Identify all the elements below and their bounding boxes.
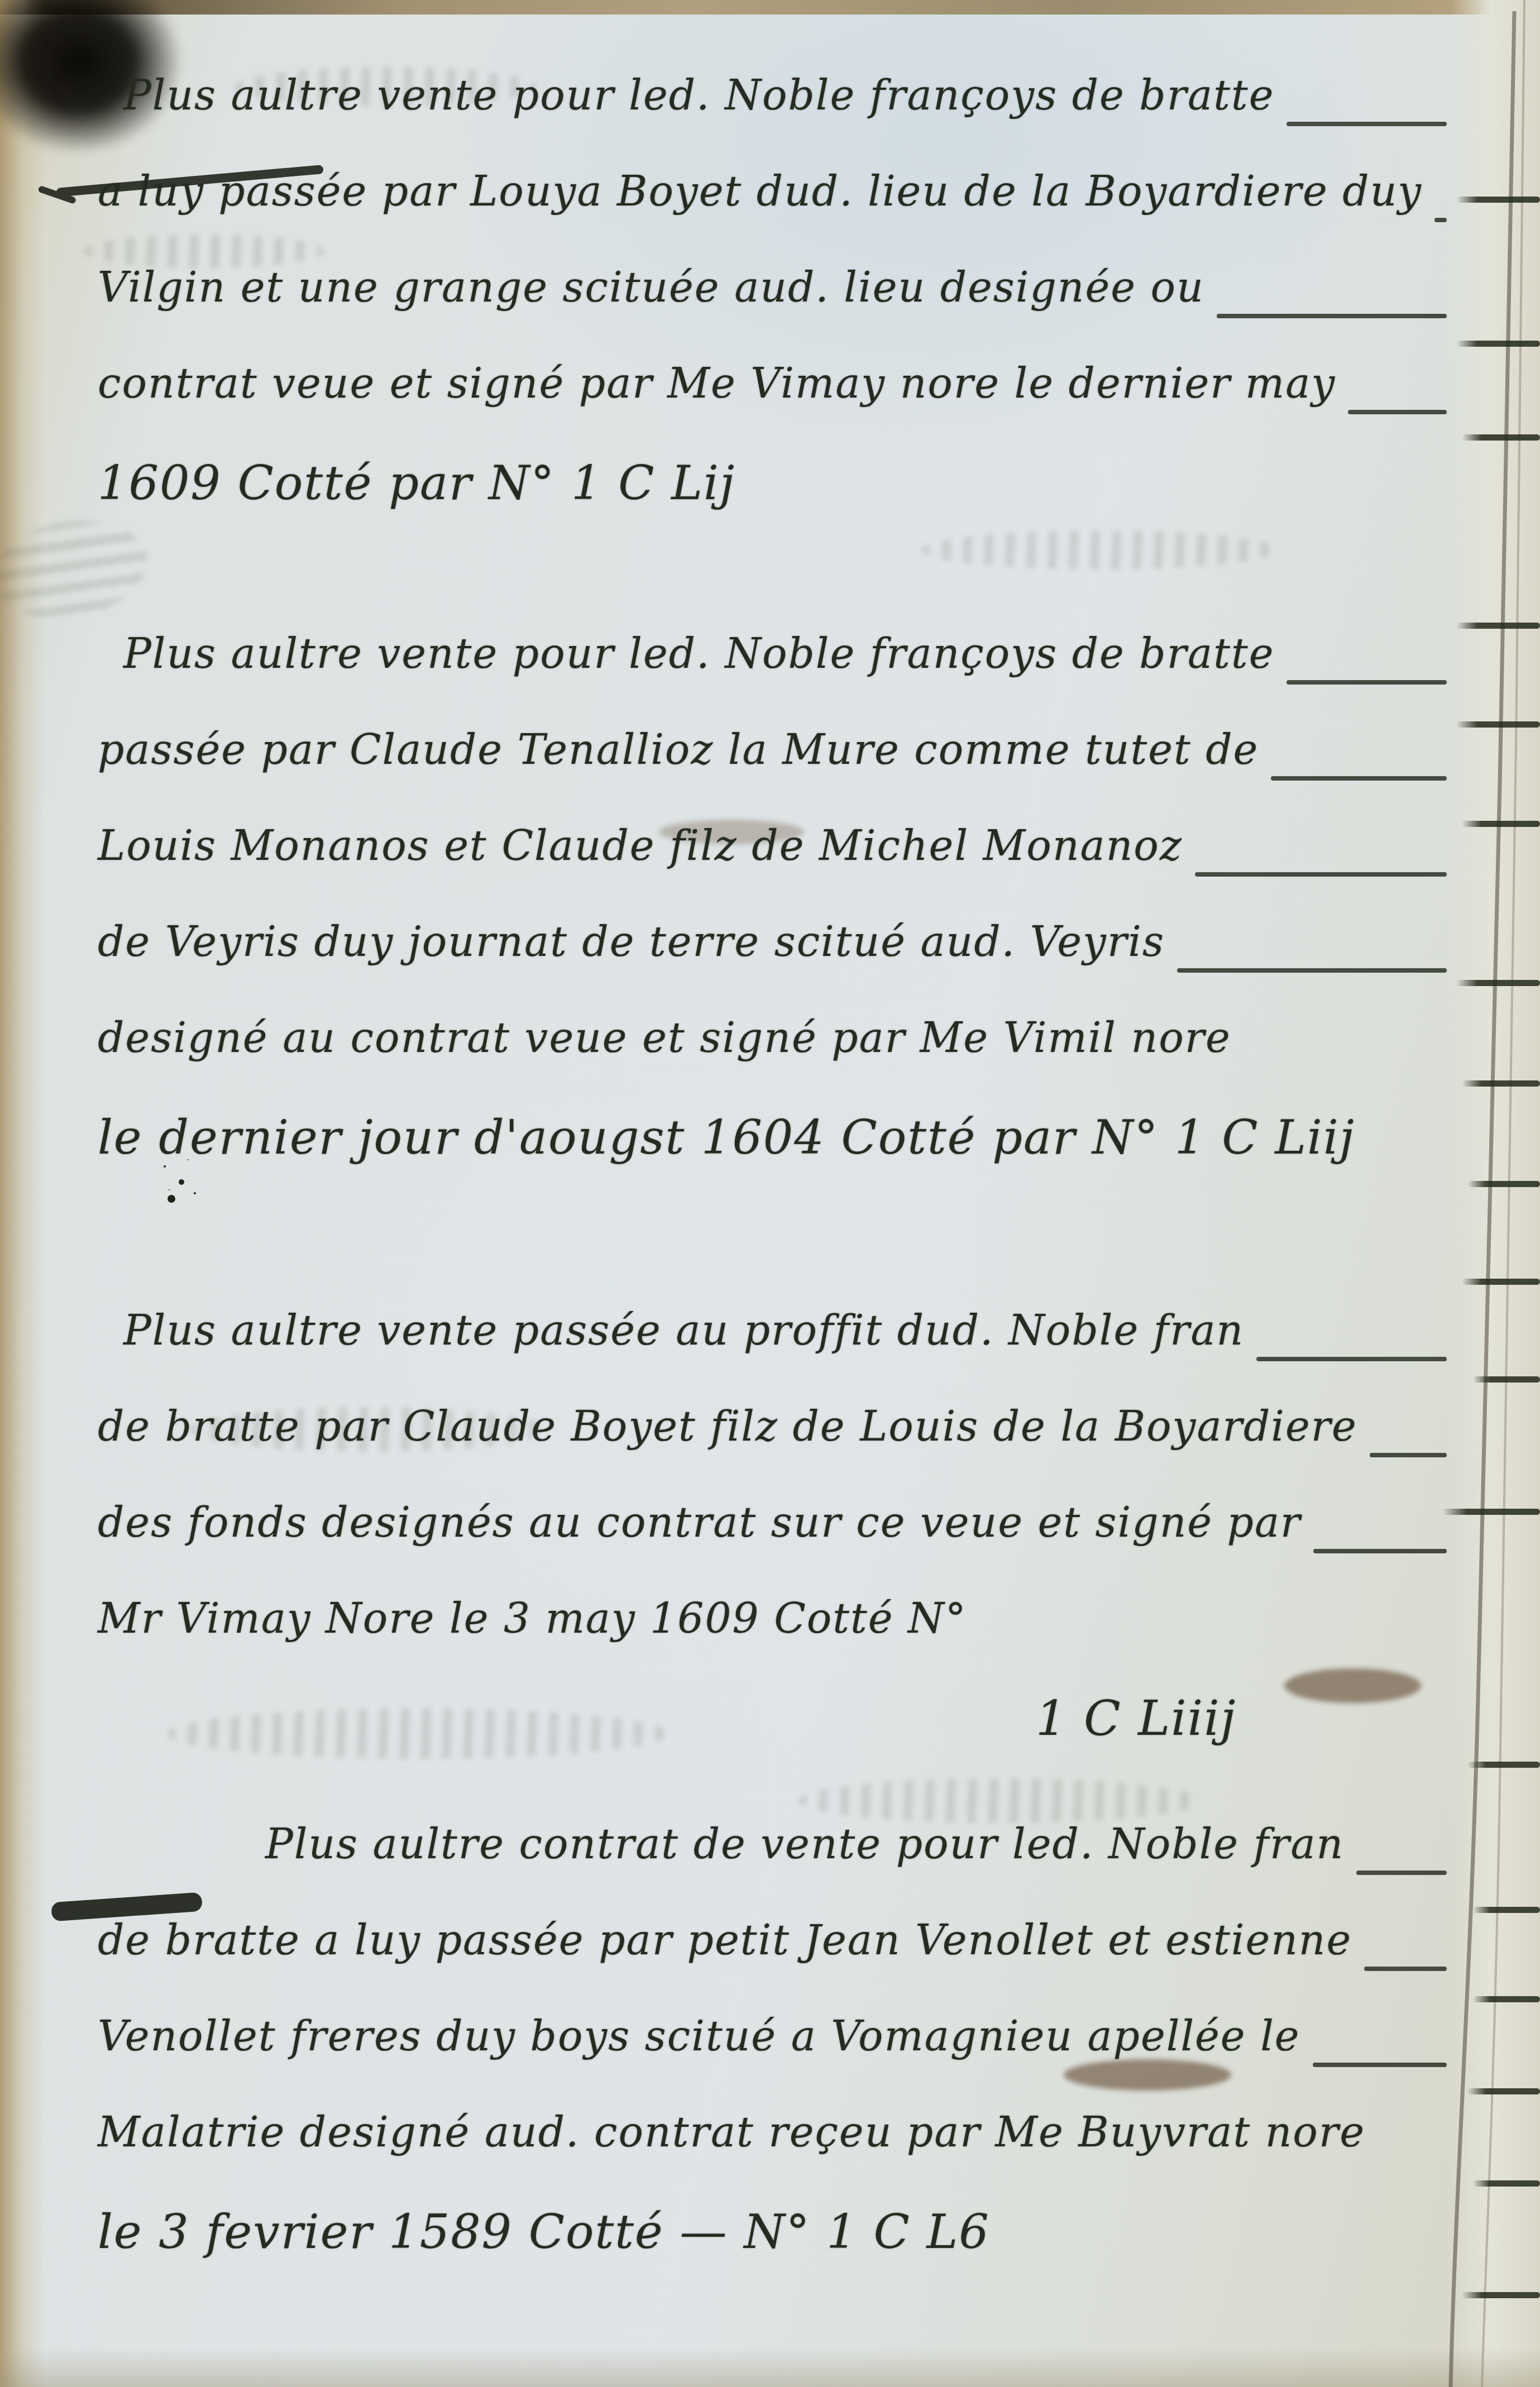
register-entry: Plus aultre vente pour led. Noble franço… [98, 630, 1449, 1206]
line-filler-stroke [1434, 218, 1447, 222]
manuscript-line: des fonds designés au contrat sur ce veu… [98, 1499, 1449, 1595]
manuscript-line: de bratte par Claude Boyet filz de Louis… [98, 1403, 1449, 1499]
fore-edge-ink-stroke [1473, 1996, 1540, 2002]
manuscript-line: contrat veue et signé par Me Vimay nore … [98, 360, 1449, 456]
line-filler-stroke [1348, 410, 1447, 414]
fore-edge-ink-stroke [1462, 821, 1540, 827]
line-filler-stroke [1217, 314, 1447, 318]
line-text: passée par Claude Tenallioz la Mure comm… [98, 726, 1259, 774]
line-filler-stroke [1313, 2063, 1447, 2067]
line-filler-stroke [1195, 872, 1447, 877]
line-text: le 3 fevrier 1589 Cotté — N° 1 C L6 [98, 2204, 990, 2259]
manuscript-line: de Veyris duy journat de terre scitué au… [98, 918, 1449, 1014]
fore-edge-ink-stroke [1473, 1907, 1540, 1913]
line-filler-stroke [1177, 968, 1447, 973]
fore-edge-ink-stroke [1462, 1279, 1540, 1285]
line-text: Plus aultre contrat de vente pour led. N… [265, 1820, 1344, 1868]
fore-edge-ink-stroke [1467, 1762, 1540, 1768]
manuscript-line: designé au contrat veue et signé par Me … [98, 1014, 1449, 1110]
fore-edge-ink-stroke [1462, 1080, 1540, 1087]
line-text: Plus aultre vente passée au proffit dud.… [123, 1307, 1244, 1355]
line-filler-stroke [1364, 1967, 1447, 1971]
line-text: 1 C Liiij [1036, 1691, 1236, 1747]
manuscript-line: 1 C Liiij [98, 1691, 1449, 1787]
line-filler-stroke [1256, 1357, 1447, 1361]
manuscript-line: Louis Monanos et Claude filz de Michel M… [98, 822, 1449, 918]
line-text: de bratte par Claude Boyet filz de Louis… [98, 1403, 1357, 1451]
manuscript-line: a luy passée par Louya Boyet dud. lieu d… [98, 168, 1449, 264]
line-text: de bratte a luy passée par petit Jean Ve… [98, 1916, 1352, 1964]
line-filler-stroke [1356, 1871, 1447, 1875]
fore-edge-ink-stroke [1467, 2088, 1540, 2094]
line-text: Venollet freres duy boys scitué a Vomagn… [98, 2012, 1300, 2060]
line-filler-stroke [1286, 122, 1447, 126]
line-text: Vilgin et une grange scituée aud. lieu d… [98, 264, 1204, 312]
fore-edge-ink-stroke [1456, 341, 1540, 347]
line-text: Mr Vimay Nore le 3 may 1609 Cotté N° [98, 1595, 967, 1643]
line-text: a luy passée par Louya Boyet dud. lieu d… [98, 168, 1422, 216]
register-entry: Plus aultre vente pour led. Noble franço… [98, 71, 1449, 552]
fore-edge-ink-stroke [1462, 434, 1540, 441]
manuscript-line: passée par Claude Tenallioz la Mure comm… [98, 726, 1449, 822]
manuscript-line: Malatrie designé aud. contrat reçeu par … [98, 2108, 1449, 2204]
manuscript-line: 1609 Cotté par N° 1 C Lij [98, 456, 1449, 552]
line-text: Plus aultre vente pour led. Noble franço… [123, 71, 1274, 119]
line-text: Louis Monanos et Claude filz de Michel M… [98, 822, 1183, 870]
manuscript-line: Plus aultre contrat de vente pour led. N… [98, 1820, 1449, 1916]
fore-edge-ink-stroke [1456, 623, 1540, 629]
manuscript-line: Plus aultre vente passée au proffit dud.… [98, 1307, 1449, 1403]
line-text: des fonds designés au contrat sur ce veu… [98, 1499, 1301, 1547]
fore-edge-ink-stroke [1473, 1376, 1540, 1383]
manuscript-page: Plus aultre vente pour led. Noble franço… [0, 0, 1540, 2387]
text-block: Plus aultre vente pour led. Noble franço… [98, 71, 1449, 2300]
line-filler-stroke [1313, 1549, 1447, 1553]
line-filler-stroke [1286, 680, 1447, 685]
manuscript-line: le 3 fevrier 1589 Cotté — N° 1 C L6 [98, 2204, 1449, 2300]
fore-edge-ink-stroke [1462, 2292, 1540, 2298]
fore-edge-ink-stroke [1442, 1509, 1540, 1515]
fore-edge-ink-stroke [1456, 721, 1540, 728]
fore-edge-ink-stroke [1456, 197, 1540, 203]
register-entry: Plus aultre vente passée au proffit dud.… [98, 1307, 1449, 1787]
line-text: contrat veue et signé par Me Vimay nore … [98, 360, 1336, 408]
fore-edge-ink-stroke [1456, 980, 1540, 986]
line-text: Malatrie designé aud. contrat reçeu par … [98, 2108, 1365, 2156]
fore-edge-ink-stroke [1473, 2180, 1540, 2187]
manuscript-line: Vilgin et une grange scituée aud. lieu d… [98, 264, 1449, 360]
line-filler-stroke [1271, 776, 1447, 781]
line-text: le dernier jour d'aougst 1604 Cotté par … [98, 1110, 1355, 1165]
manuscript-line: Plus aultre vente pour led. Noble franço… [98, 71, 1449, 168]
manuscript-line: Venollet freres duy boys scitué a Vomagn… [98, 2012, 1449, 2108]
manuscript-line: le dernier jour d'aougst 1604 Cotté par … [98, 1110, 1449, 1206]
line-text: de Veyris duy journat de terre scitué au… [98, 918, 1165, 966]
manuscript-line: de bratte a luy passée par petit Jean Ve… [98, 1916, 1449, 2012]
fore-edge-ink-stroke [1467, 1181, 1540, 1187]
manuscript-line: Mr Vimay Nore le 3 may 1609 Cotté N° [98, 1595, 1449, 1691]
manuscript-line: Plus aultre vente pour led. Noble franço… [98, 630, 1449, 726]
line-text: Plus aultre vente pour led. Noble franço… [123, 630, 1274, 678]
line-filler-stroke [1370, 1453, 1447, 1457]
line-text: designé au contrat veue et signé par Me … [98, 1014, 1231, 1062]
line-text: 1609 Cotté par N° 1 C Lij [98, 456, 735, 510]
register-entry: Plus aultre contrat de vente pour led. N… [98, 1820, 1449, 2300]
